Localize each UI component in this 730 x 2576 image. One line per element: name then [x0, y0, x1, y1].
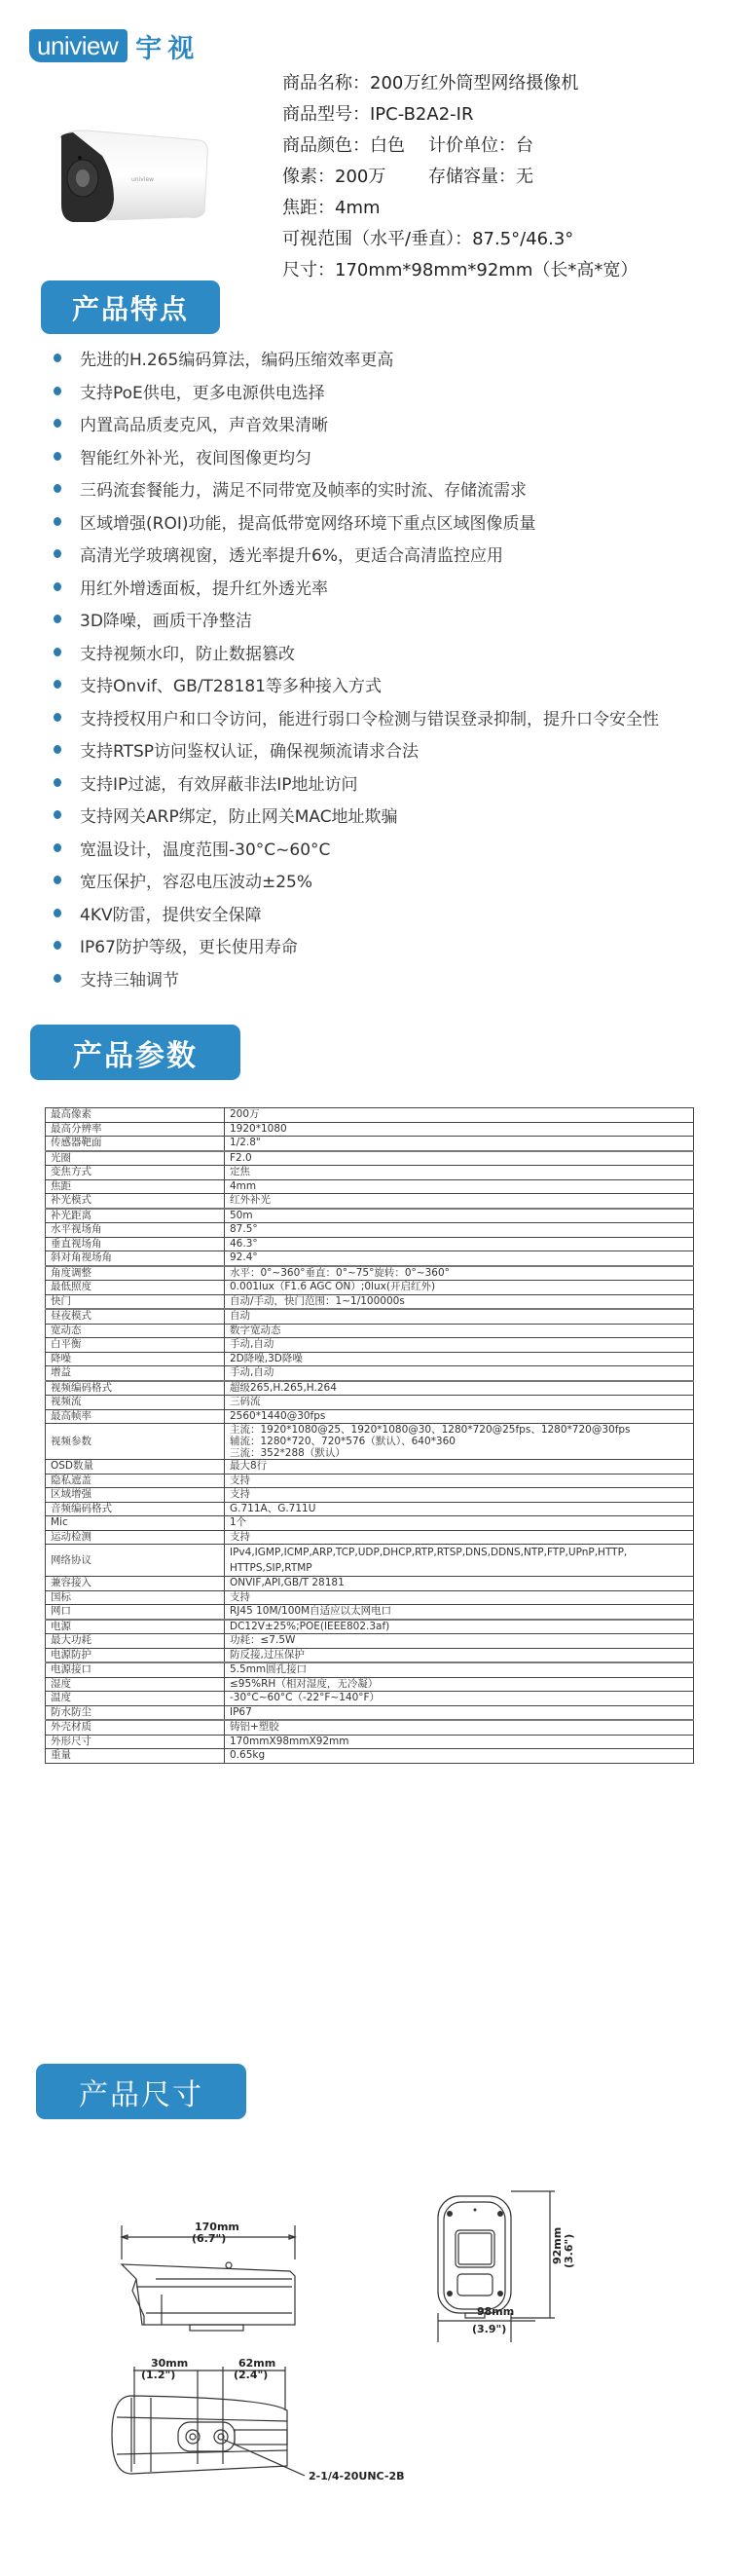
info-focal: 焦距：4mm: [282, 193, 638, 224]
spec-value: 1/2.8": [225, 1137, 694, 1151]
spec-value: 手动,自动: [225, 1338, 694, 1353]
feature-item: 宽温设计，温度范围-30°C~60°C: [49, 832, 659, 865]
spec-row: 防水防尘IP67: [46, 1705, 694, 1720]
width-mm-label: 98mm: [477, 2305, 514, 2318]
spec-key: 国标: [46, 1590, 225, 1605]
spec-value: 定焦: [225, 1166, 694, 1180]
feature-item: 智能红外补光，夜间图像更均匀: [49, 440, 659, 473]
feature-text: 4KV防雷，提供安全保障: [80, 901, 262, 925]
spec-row: 增益手动,自动: [46, 1366, 694, 1381]
spec-row: 快门自动/手动，快门范围：1~1/100000s: [46, 1294, 694, 1309]
brand-logo: uniview 宇视: [29, 29, 200, 62]
spec-row: 最高帧率2560*1440@30fps: [46, 1409, 694, 1424]
spec-value: 0.65kg: [225, 1749, 694, 1764]
spec-row: 隐私遮盖支持: [46, 1474, 694, 1488]
spec-key: 降噪: [46, 1352, 225, 1366]
section-title-features: 产品特点: [41, 280, 220, 334]
spec-key: 最大功耗: [46, 1634, 225, 1649]
feature-item: 区域增强(ROI)功能，提高低带宽网络环境下重点区域图像质量: [49, 505, 659, 539]
spec-row: 补光模式红外补光: [46, 1194, 694, 1209]
spec-row: 电源DC12V±25%;POE(IEEE802.3af): [46, 1620, 694, 1634]
feature-item: 支持RTSP访问鉴权认证，确保视频流请求合法: [49, 733, 659, 766]
feature-item: 内置高品质麦克风，声音效果清晰: [49, 407, 659, 440]
spec-value: 三码流: [225, 1396, 694, 1410]
spec-key: 温度: [46, 1692, 225, 1706]
feature-item: IP67防护等级，更长使用寿命: [49, 929, 659, 962]
spec-value: 92.4°: [225, 1251, 694, 1266]
spec-key: 传感器靶面: [46, 1137, 225, 1151]
spec-row: 视频流三码流: [46, 1396, 694, 1410]
spec-key: 视频流: [46, 1396, 225, 1410]
spec-key: 白平衡: [46, 1338, 225, 1353]
bullet-icon: [54, 582, 61, 591]
feature-item: 支持IP过滤，有效屏蔽非法IP地址访问: [49, 766, 659, 800]
spec-key: Mic: [46, 1516, 225, 1531]
width-dimension: 98mm (3.9"): [428, 2303, 535, 2337]
section-title-params: 产品参数: [30, 1025, 240, 1080]
spec-key: 最高分辨率: [46, 1122, 225, 1137]
feature-text: 支持PoE供电，更多电源供电选择: [80, 379, 325, 403]
camera-product-image: uniview: [54, 127, 214, 229]
spec-value: ≤95%RH（相对湿度，无冷凝）: [225, 1677, 694, 1692]
bullet-icon: [54, 680, 61, 689]
bullet-icon: [54, 419, 61, 428]
spec-key: 光圈: [46, 1151, 225, 1166]
spec-row: 湿度≤95%RH（相对湿度，无冷凝）: [46, 1677, 694, 1692]
bullet-icon: [54, 909, 61, 917]
spec-key: 电源接口: [46, 1662, 225, 1677]
bullet-icon: [54, 974, 61, 983]
feature-text: 支持网关ARP绑定，防止网关MAC地址欺骗: [80, 803, 398, 827]
logo-cn: 宇视: [135, 27, 200, 65]
bullet-icon: [54, 387, 61, 395]
spec-key: 补光模式: [46, 1194, 225, 1209]
spec-row: 宽动态数字宽动态: [46, 1324, 694, 1338]
spec-value: 支持: [225, 1590, 694, 1605]
feature-text: 支持RTSP访问鉴权认证，确保视频流请求合法: [80, 737, 419, 762]
spec-value: IP67: [225, 1705, 694, 1720]
spec-key: 斜对角视场角: [46, 1251, 225, 1266]
spec-key: 最低照度: [46, 1281, 225, 1295]
spec-row: 兼容接入ONVIF,API,GB/T 28181: [46, 1577, 694, 1591]
spec-value: 支持: [225, 1488, 694, 1503]
spec-value: ONVIF,API,GB/T 28181: [225, 1577, 694, 1591]
spec-value: 5.5mm圆孔接口: [225, 1662, 694, 1677]
feature-text: 宽压保护，容忍电压波动±25%: [80, 868, 312, 892]
spec-key: 湿度: [46, 1677, 225, 1692]
height-in-label: (3.6"): [563, 2234, 575, 2268]
feature-item: 支持视频水印，防止数据篡改: [49, 636, 659, 669]
feature-item: 3D降噪，画质干净整洁: [49, 603, 659, 636]
feature-text: 3D降噪，画质干净整洁: [80, 607, 252, 631]
spec-key: 兼容接入: [46, 1577, 225, 1591]
spec-row: 昼夜模式自动: [46, 1309, 694, 1324]
feature-item: 支持三轴调节: [49, 962, 659, 995]
spec-value: 防反接,过压保护: [225, 1648, 694, 1662]
spec-value: 主流：1920*1080@25、1920*1080@30、1280*720@25…: [225, 1424, 694, 1460]
spec-row: 变焦方式定焦: [46, 1166, 694, 1180]
spec-row: 电源防护防反接,过压保护: [46, 1648, 694, 1662]
spec-row: 视频编码格式超级265,H.265,H.264: [46, 1381, 694, 1396]
spec-row: 重量0.65kg: [46, 1749, 694, 1764]
spec-key: 外壳材质: [46, 1720, 225, 1735]
feature-item: 三码流套餐能力，满足不同带宽及帧率的实时流、存储流需求: [49, 472, 659, 505]
spec-row: 最高分辨率1920*1080: [46, 1122, 694, 1137]
spec-key: 焦距: [46, 1179, 225, 1194]
spec-value: 1个: [225, 1516, 694, 1531]
spec-key: 角度调整: [46, 1266, 225, 1281]
spec-key: OSD数量: [46, 1460, 225, 1475]
spec-key: 增益: [46, 1366, 225, 1381]
feature-item: 支持授权用户和口令访问，能进行弱口令检测与错误登录抑制，提升口令安全性: [49, 701, 659, 734]
spec-row: 最大功耗功耗：≤7.5W: [46, 1634, 694, 1649]
spec-row: 运动检测支持: [46, 1530, 694, 1545]
spec-key: 最高帧率: [46, 1409, 225, 1424]
features-list: 先进的H.265编码算法，编码压缩效率更高支持PoE供电，更多电源供电选择内置高…: [49, 342, 659, 994]
spec-row: 外形尺寸170mmX98mmX92mm: [46, 1735, 694, 1749]
spec-key: 外形尺寸: [46, 1735, 225, 1749]
spec-value: -30°C~60°C（-22°F~140°F）: [225, 1692, 694, 1706]
feature-item: 支持Onvif、GB/T28181等多种接入方式: [49, 668, 659, 701]
feature-text: 区域增强(ROI)功能，提高低带宽网络环境下重点区域图像质量: [80, 509, 535, 534]
spec-value: 支持: [225, 1474, 694, 1488]
feature-item: 用红外增透面板，提升红外透光率: [49, 571, 659, 604]
spec-row: 垂直视场角46.3°: [46, 1237, 694, 1251]
spec-key: 宽动态: [46, 1324, 225, 1338]
feature-text: 支持IP过滤，有效屏蔽非法IP地址访问: [80, 770, 358, 795]
spec-value: 1920*1080: [225, 1122, 694, 1137]
spec-row: 网口RJ45 10M/100M自适应以太网电口: [46, 1605, 694, 1620]
spec-row: Mic1个: [46, 1516, 694, 1531]
spec-row: 焦距4mm: [46, 1179, 694, 1194]
spec-key: 垂直视场角: [46, 1237, 225, 1251]
spec-value: 自动/手动，快门范围：1~1/100000s: [225, 1294, 694, 1309]
spec-row: 斜对角视场角92.4°: [46, 1251, 694, 1266]
bullet-icon: [54, 648, 61, 656]
spec-value: RJ45 10M/100M自适应以太网电口: [225, 1605, 694, 1620]
thread-label: 2-1/4-20UNC-2B: [309, 2470, 404, 2483]
spec-key: 电源防护: [46, 1648, 225, 1662]
section-title-dimensions: 产品尺寸: [36, 2064, 246, 2119]
spec-value: 最大8行: [225, 1460, 694, 1475]
feature-item: 高清光学玻璃视窗，透光率提升6%，更适合高清监控应用: [49, 538, 659, 571]
svg-text:uniview: uniview: [131, 176, 154, 183]
product-info: 商品名称：200万红外筒型网络摄像机 商品型号：IPC-B2A2-IR 商品颜色…: [282, 68, 638, 286]
spec-value: 水平：0°~360°垂直：0°~75°旋转：0°~360°: [225, 1266, 694, 1281]
bottom-view-drawing: 30mm (1.2") 62mm (2.4") 2-1/4-20UNC-2B: [102, 2357, 414, 2488]
feature-text: 高清光学玻璃视窗，透光率提升6%，更适合高清监控应用: [80, 541, 503, 566]
feature-text: 用红外增透面板，提升红外透光率: [80, 575, 328, 599]
spec-value: 4mm: [225, 1179, 694, 1194]
feature-text: 内置高品质麦克风，声音效果清晰: [80, 411, 328, 435]
feature-text: 支持Onvif、GB/T28181等多种接入方式: [80, 672, 382, 696]
spec-row: 区域增强支持: [46, 1488, 694, 1503]
bullet-icon: [54, 876, 61, 884]
spec-key: 快门: [46, 1294, 225, 1309]
spec-value: IPv4,IGMP,ICMP,ARP,TCP,UDP,DHCP,RTP,RTSP…: [225, 1545, 694, 1577]
length-in-label: (6.7"): [192, 2232, 226, 2245]
bullet-icon: [54, 484, 61, 493]
spec-key: 视频编码格式: [46, 1381, 225, 1396]
spec-row: 电源接口5.5mm圆孔接口: [46, 1662, 694, 1677]
spec-value: 功耗：≤7.5W: [225, 1634, 694, 1649]
spec-value: G.711A、G.711U: [225, 1502, 694, 1516]
spec-key: 重量: [46, 1749, 225, 1764]
spec-row: 水平视场角87.5°: [46, 1223, 694, 1238]
feature-item: 支持PoE供电，更多电源供电选择: [49, 375, 659, 408]
spec-value: 50m: [225, 1209, 694, 1223]
info-size: 尺寸：170mm*98mm*92mm（长*高*宽）: [282, 255, 638, 286]
spec-key: 电源: [46, 1620, 225, 1634]
spec-key: 音频编码格式: [46, 1502, 225, 1516]
info-pixel-storage: 像素：200万存储容量：无: [282, 162, 638, 193]
spec-row: 补光距离50m: [46, 1209, 694, 1223]
spec-value: 0.001lux（F1.6 AGC ON）;0lux(开启红外): [225, 1281, 694, 1295]
spec-value: 46.3°: [225, 1237, 694, 1251]
spec-key: 防水防尘: [46, 1705, 225, 1720]
spec-key: 变焦方式: [46, 1166, 225, 1180]
feature-text: 支持授权用户和口令访问，能进行弱口令检测与错误登录抑制，提升口令安全性: [80, 705, 659, 729]
spec-row: 光圈F2.0: [46, 1151, 694, 1166]
spec-row: 温度-30°C~60°C（-22°F~140°F）: [46, 1692, 694, 1706]
spec-row: 降噪2D降噪,3D降噪: [46, 1352, 694, 1366]
spec-row: 网络协议IPv4,IGMP,ICMP,ARP,TCP,UDP,DHCP,RTP,…: [46, 1545, 694, 1577]
spec-key: 网口: [46, 1605, 225, 1620]
info-model: 商品型号：IPC-B2A2-IR: [282, 99, 638, 131]
bullet-icon: [54, 778, 61, 787]
feature-text: 支持视频水印，防止数据篡改: [80, 640, 295, 664]
spec-row: 国标支持: [46, 1590, 694, 1605]
logo-text: uniview: [29, 29, 128, 62]
feature-text: 先进的H.265编码算法，编码压缩效率更高: [80, 346, 393, 370]
feature-text: 支持三轴调节: [80, 966, 179, 990]
spec-value: 手动,自动: [225, 1366, 694, 1381]
bullet-icon: [54, 713, 61, 722]
bullet-icon: [54, 810, 61, 819]
spec-value: DC12V±25%;POE(IEEE802.3af): [225, 1620, 694, 1634]
info-color-unit: 商品颜色：白色计价单位：台: [282, 131, 638, 162]
info-name: 商品名称：200万红外筒型网络摄像机: [282, 68, 638, 99]
feature-text: 三码流套餐能力，满足不同带宽及帧率的实时流、存储流需求: [80, 476, 527, 501]
spec-key: 运动检测: [46, 1530, 225, 1545]
feature-text: 智能红外补光，夜间图像更均匀: [80, 444, 311, 468]
spec-value: 超级265,H.265,H.264: [225, 1381, 694, 1396]
bullet-icon: [54, 452, 61, 461]
spec-key: 区域增强: [46, 1488, 225, 1503]
feature-text: IP67防护等级，更长使用寿命: [80, 933, 298, 957]
spec-row: 角度调整水平：0°~360°垂直：0°~75°旋转：0°~360°: [46, 1266, 694, 1281]
spec-value: 200万: [225, 1108, 694, 1123]
spec-row: OSD数量最大8行: [46, 1460, 694, 1475]
spec-value: 红外补光: [225, 1194, 694, 1209]
feature-text: 宽温设计，温度范围-30°C~60°C: [80, 836, 330, 860]
spec-value: 2560*1440@30fps: [225, 1409, 694, 1424]
spec-key: 最高像素: [46, 1108, 225, 1123]
spec-key: 水平视场角: [46, 1223, 225, 1238]
feature-item: 4KV防雷，提供安全保障: [49, 897, 659, 930]
spec-row: 传感器靶面1/2.8": [46, 1137, 694, 1151]
side-view-drawing: 170mm (6.7"): [97, 2221, 321, 2333]
spec-value: 铸铝+塑胶: [225, 1720, 694, 1735]
spec-value: 170mmX98mmX92mm: [225, 1735, 694, 1749]
bullet-icon: [54, 615, 61, 623]
spec-value: 支持: [225, 1530, 694, 1545]
spec-key: 视频参数: [46, 1424, 225, 1460]
bullet-icon: [54, 941, 61, 950]
spec-row: 白平衡手动,自动: [46, 1338, 694, 1353]
bullet-icon: [54, 517, 61, 526]
info-fov: 可视范围（水平/垂直）：87.5°/46.3°: [282, 224, 638, 255]
spec-value: 自动: [225, 1309, 694, 1324]
width-in-label: (3.9"): [472, 2323, 506, 2335]
bullet-icon: [54, 549, 61, 558]
spec-value: 2D降噪,3D降噪: [225, 1352, 694, 1366]
bullet-icon: [54, 354, 61, 362]
feature-item: 先进的H.265编码算法，编码压缩效率更高: [49, 342, 659, 375]
spec-value: 87.5°: [225, 1223, 694, 1238]
spec-value: 数字宽动态: [225, 1324, 694, 1338]
spec-key: 补光距离: [46, 1209, 225, 1223]
spec-row: 视频参数主流：1920*1080@25、1920*1080@30、1280*72…: [46, 1424, 694, 1460]
spec-row: 最高像素200万: [46, 1108, 694, 1123]
spec-row: 外壳材质铸铝+塑胶: [46, 1720, 694, 1735]
feature-item: 支持网关ARP绑定，防止网关MAC地址欺骗: [49, 799, 659, 832]
spec-row: 音频编码格式G.711A、G.711U: [46, 1502, 694, 1516]
spec-key: 网络协议: [46, 1545, 225, 1577]
spec-table: 最高像素200万最高分辨率1920*1080传感器靶面1/2.8"光圈F2.0变…: [45, 1107, 694, 1764]
spec-key: 隐私遮盖: [46, 1474, 225, 1488]
bullet-icon: [54, 843, 61, 852]
feature-item: 宽压保护，容忍电压波动±25%: [49, 864, 659, 897]
spec-value: F2.0: [225, 1151, 694, 1166]
spec-key: 昼夜模式: [46, 1309, 225, 1324]
bullet-icon: [54, 745, 61, 754]
spec-row: 最低照度0.001lux（F1.6 AGC ON）;0lux(开启红外): [46, 1281, 694, 1295]
